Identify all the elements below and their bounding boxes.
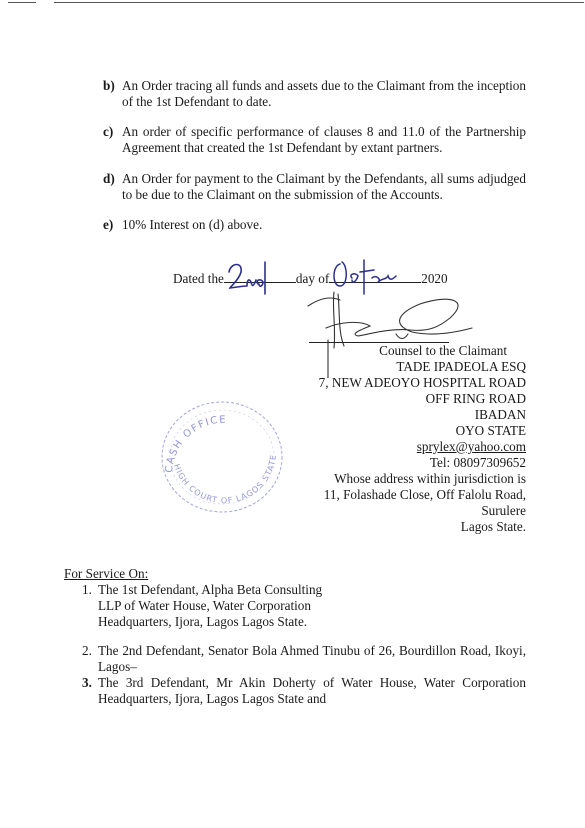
service-number: 3. — [82, 675, 92, 691]
scan-artifact-rule — [54, 2, 584, 3]
stamp-text-top: CASH OFFICE — [164, 415, 227, 474]
counsel-tel: Tel: 08097309652 — [319, 455, 526, 471]
court-stamp: CASH OFFICE HIGH COURT OF LAGOS STATE — [150, 395, 290, 515]
service-number: 1. — [82, 582, 92, 598]
service-text: The 1st Defendant, Alpha Beta Consulting… — [98, 582, 342, 630]
relief-text: 10% Interest on (d) above. — [122, 217, 526, 233]
service-heading: For Service On: — [64, 566, 148, 582]
relief-item-b: b) An Order tracing all funds and assets… — [103, 78, 526, 110]
relief-item-c: c) An order of specific performance of c… — [103, 124, 526, 156]
relief-item-e: e) 10% Interest on (d) above. — [103, 217, 526, 233]
jurisdiction-line: Lagos State. — [324, 519, 526, 535]
counsel-address-line: IBADAN — [319, 407, 526, 423]
dated-middle: day of — [296, 271, 329, 286]
jurisdiction-line: Surulere — [324, 503, 526, 519]
counsel-name: TADE IPADEOLA ESQ — [319, 359, 526, 375]
counsel-address-line: 7, NEW ADEOYO HOSPITAL ROAD — [319, 375, 526, 391]
service-item-3: 3. The 3rd Defendant, Mr Akin Doherty of… — [82, 675, 526, 707]
counsel-email-link[interactable]: sprylex@yahoo.com — [417, 439, 526, 454]
relief-marker: e) — [103, 217, 113, 233]
handwritten-day — [225, 258, 275, 296]
counsel-address-line: OYO STATE — [319, 423, 526, 439]
relief-marker: d) — [103, 171, 115, 187]
service-number: 2. — [82, 643, 92, 659]
counsel-role: Counsel to the Claimant — [319, 343, 507, 359]
service-text: The 2nd Defendant, Senator Bola Ahmed Ti… — [98, 643, 526, 675]
jurisdiction-address-block: Whose address within jurisdiction is 11,… — [324, 471, 526, 535]
dated-year: 2020 — [421, 271, 447, 286]
jurisdiction-line: 11, Folashade Close, Off Falolu Road, — [324, 487, 526, 503]
service-text: The 3rd Defendant, Mr Akin Doherty of Wa… — [98, 675, 526, 707]
relief-marker: c) — [103, 124, 113, 140]
relief-text: An Order for payment to the Claimant by … — [122, 171, 526, 203]
scan-artifact-rule — [8, 2, 36, 3]
service-item-2: 2. The 2nd Defendant, Senator Bola Ahmed… — [82, 643, 526, 675]
counsel-block: Counsel to the Claimant TADE IPADEOLA ES… — [319, 343, 526, 471]
relief-item-d: d) An Order for payment to the Claimant … — [103, 171, 526, 203]
relief-text: An order of specific performance of clau… — [122, 124, 526, 156]
relief-text: An Order tracing all funds and assets du… — [122, 78, 526, 110]
dated-prefix: Dated the — [173, 271, 224, 286]
jurisdiction-line: Whose address within jurisdiction is — [324, 471, 526, 487]
counsel-address-line: OFF RING ROAD — [319, 391, 526, 407]
relief-marker: b) — [103, 78, 115, 94]
service-item-1: 1. The 1st Defendant, Alpha Beta Consult… — [82, 582, 342, 630]
svg-text:CASH OFFICE: CASH OFFICE — [164, 415, 227, 474]
